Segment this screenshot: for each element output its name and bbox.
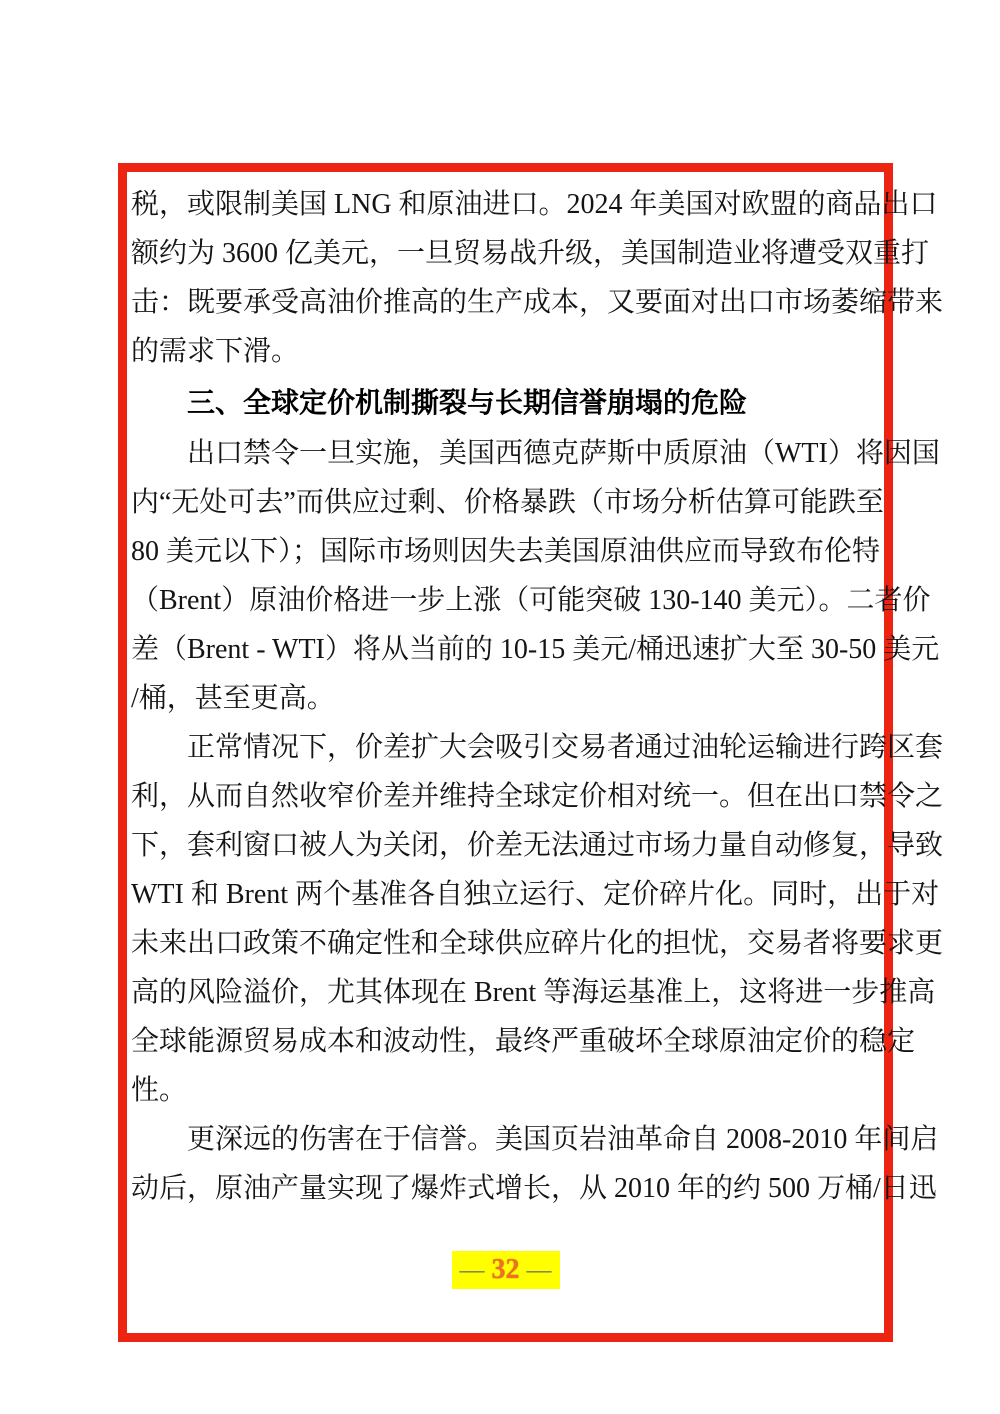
text-line: 全球能源贸易成本和波动性，最终严重破坏全球原油定价的稳定 <box>131 1017 867 1066</box>
text-line: 出口禁令一旦实施，美国西德克萨斯中质原油（WTI）将因国 <box>131 429 867 478</box>
text-line: 正常情况下，价差扩大会吸引交易者通过油轮运输进行跨区套 <box>131 723 867 772</box>
page-number-dash-left: — <box>460 1260 485 1280</box>
text-line: WTI 和 Brent 两个基准各自独立运行、定价碎片化。同时，出于对 <box>131 870 867 919</box>
text-line: 下，套利窗口被人为关闭，价差无法通过市场力量自动修复，导致 <box>131 821 867 870</box>
text-line: 80 美元以下）；国际市场则因失去美国原油供应而导致布伦特 <box>131 527 867 576</box>
text-line: （Brent）原油价格进一步上涨（可能突破 130-140 美元）。二者价 <box>131 576 867 625</box>
text-line: 内“无处可去”而供应过剩、价格暴跌（市场分析估算可能跌至 <box>131 478 867 527</box>
text-line: 额约为 3600 亿美元，一旦贸易战升级，美国制造业将遭受双重打 <box>131 229 867 278</box>
page-number-value: 32 <box>492 1256 520 1284</box>
text-line: 更深远的伤害在于信誉。美国页岩油革命自 2008-2010 年间启 <box>131 1115 867 1164</box>
page-number-dash-right: — <box>527 1260 552 1280</box>
text-line: 利，从而自然收窄价差并维持全球定价相对统一。但在出口禁令之 <box>131 772 867 821</box>
document-page: { "colors": { "border": "#ee2412", "page… <box>0 0 1000 1414</box>
text-line: 击：既要承受高油价推高的生产成本，又要面对出口市场萎缩带来 <box>131 278 867 327</box>
text-line: 动后，原油产量实现了爆炸式增长，从 2010 年的约 500 万桶/日迅 <box>131 1164 867 1213</box>
page-number-highlight: — 32 — <box>452 1251 560 1289</box>
text-line: 差（Brent - WTI）将从当前的 10-15 美元/桶迅速扩大至 30-5… <box>131 625 867 674</box>
page-footer: — 32 — <box>118 1251 893 1289</box>
text-line: 税，或限制美国 LNG 和原油进口。2024 年美国对欧盟的商品出口 <box>131 180 867 229</box>
section-heading: 三、全球定价机制撕裂与长期信誉崩塌的危险 <box>131 376 867 429</box>
text-line: /桶，甚至更高。 <box>131 674 867 723</box>
text-line: 性。 <box>131 1066 867 1115</box>
text-line: 的需求下滑。 <box>131 327 867 376</box>
text-line: 高的风险溢价，尤其体现在 Brent 等海运基准上，这将进一步推高 <box>131 968 867 1017</box>
document-text-area: 税，或限制美国 LNG 和原油进口。2024 年美国对欧盟的商品出口 额约为 3… <box>131 180 867 1213</box>
text-line: 未来出口政策不确定性和全球供应碎片化的担忧，交易者将要求更 <box>131 919 867 968</box>
